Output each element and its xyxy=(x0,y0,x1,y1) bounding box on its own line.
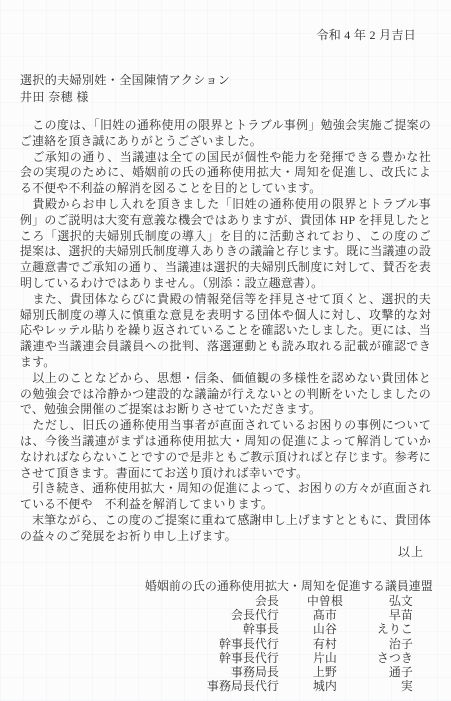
signature-surname: 山谷 xyxy=(301,622,349,636)
signature-given-name: 弘文 xyxy=(349,594,421,608)
signature-given-name: えりこ xyxy=(349,622,421,636)
signature-role: 幹事長代行 xyxy=(145,637,279,651)
recipient-block: 選択的夫婦別姓・全国陳情アクション 井田 奈穂 様 xyxy=(20,72,431,105)
letter-body: この度は、「旧姓の通称使用の限界とトラブル事例」勉強会実施ご提案のご連絡を頂き誠… xyxy=(20,118,431,545)
recipient-organization: 選択的夫婦別姓・全国陳情アクション xyxy=(20,72,431,89)
signature-role: 会長 xyxy=(145,594,279,608)
recipient-person: 井田 奈穂 様 xyxy=(20,89,431,106)
signature-role: 幹事長代行 xyxy=(145,651,279,665)
signature-given-name: 実 xyxy=(349,679,421,693)
signature-surname: 中曽根 xyxy=(301,594,349,608)
signature-surname: 有村 xyxy=(301,637,349,651)
paragraph-proposal-review: 貴殿からお申し入れを頂きました「旧姓の通称使用の限界とトラブル事例」のご説明は大… xyxy=(20,197,431,292)
paragraph-request: ただし、旧氏の通称使用当事者が直面されているお困りの事例については、今後当議連が… xyxy=(20,418,431,481)
signature-role: 会長代行 xyxy=(145,608,279,622)
signature-role: 幹事長 xyxy=(145,622,279,636)
paragraph-greeting: この度は、「旧姓の通称使用の限界とトラブル事例」勉強会実施ご提案のご連絡を頂き誠… xyxy=(20,118,431,150)
signature-surname: 片山 xyxy=(301,651,349,665)
signature-block: 婚姻前の氏の通称使用拡大・周知を促進する議員連盟 会長 中曽根 弘文 会長代行 … xyxy=(145,579,421,693)
signature-given-name: さつき xyxy=(349,651,421,665)
signature-given-name: 通子 xyxy=(349,665,421,679)
signature-surname: 髙市 xyxy=(301,608,349,622)
signature-surname: 城内 xyxy=(301,679,349,693)
letter-date: 令和 4 年 2 月吉日 xyxy=(20,28,431,42)
paragraph-purpose: ご承知の通り、当議連は全ての国民が個性や能力を発揮できる豊かな社会の実現のために… xyxy=(20,150,431,197)
paragraph-closing-thanks: 末筆ながら、この度のご提案に重ねて感謝申し上げますとともに、貴団体の益々のご発展… xyxy=(20,513,431,545)
signature-surname: 上野 xyxy=(301,665,349,679)
paragraph-commitment: 引き続き、通称使用拡大・周知の促進によって、お困りの方々が直面されている不便や … xyxy=(20,481,431,513)
signature-row: 幹事長 山谷 えりこ xyxy=(145,622,421,636)
signature-row: 会長代行 髙市 早苗 xyxy=(145,608,421,622)
letter-page: 令和 4 年 2 月吉日 選択的夫婦別姓・全国陳情アクション 井田 奈穂 様 こ… xyxy=(0,0,451,701)
signature-role: 事務局長 xyxy=(145,665,279,679)
signature-organization: 婚姻前の氏の通称使用拡大・周知を促進する議員連盟 xyxy=(145,579,421,593)
paragraph-observations: また、貴団体ならびに貴殿の情報発信等を拝見させて頂くと、選択的夫婦別氏制度の導入… xyxy=(20,292,431,371)
signature-row: 事務局長代行 城内 実 xyxy=(145,679,421,693)
signature-row: 会長 中曽根 弘文 xyxy=(145,594,421,608)
signature-given-name: 治子 xyxy=(349,637,421,651)
signature-row: 幹事長代行 片山 さつき xyxy=(145,651,421,665)
signature-row: 幹事長代行 有村 治子 xyxy=(145,637,421,651)
signature-row: 事務局長 上野 通子 xyxy=(145,665,421,679)
signature-given-name: 早苗 xyxy=(349,608,421,622)
signature-role: 事務局長代行 xyxy=(145,679,279,693)
paragraph-decision: 以上のことなどから、思想・信条、価値観の多様性を認めない貴団体との勉強会では冷静… xyxy=(20,371,431,418)
closing-ijou: 以上 xyxy=(20,545,431,561)
